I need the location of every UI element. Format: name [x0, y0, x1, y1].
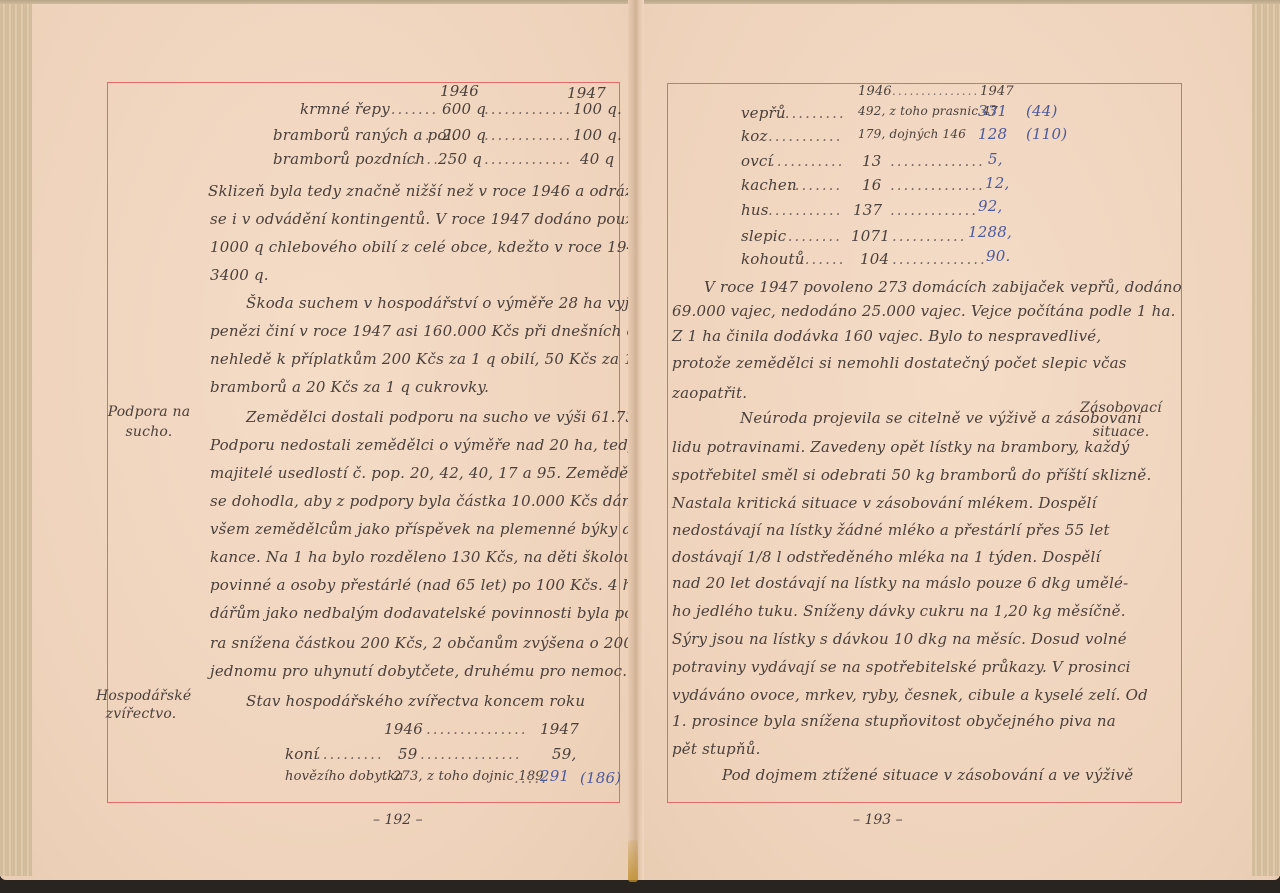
table-row-1947: 128 [978, 125, 1007, 143]
table-bottom-row-1947: 59, [552, 745, 576, 763]
table-bottom-year-1947: 1947 [540, 720, 579, 738]
left-page: 1946 1947 krmné řepy ........ 600 q ....… [0, 4, 636, 880]
paragraph-line: Pod dojmem ztížené situace v zásobování … [722, 766, 1133, 784]
paragraph-line: Nastala kritická situace v zásobování ml… [672, 494, 1097, 512]
paragraph-line: zaopatřit. [672, 384, 747, 402]
leader-dots: .............. [890, 152, 985, 170]
paragraph-line: nad 20 let dostávají na lístky na máslo … [672, 574, 1128, 592]
book-spine-gutter [628, 0, 644, 880]
table-row-1947: 331 [978, 102, 1007, 120]
paragraph-line: potraviny vydávají se na spotřebitelské … [672, 658, 1131, 676]
leader-dots: ........ [384, 100, 438, 118]
table-row-1946: 13 [862, 152, 882, 170]
paragraph-line: Škoda suchem v hospodářství o výměře 28 … [246, 294, 684, 312]
table-year-1946: 1946 [858, 84, 892, 99]
right-page: 1946 ............... 1947 vepřů ........… [638, 4, 1280, 880]
table-row-1946: 137 [853, 201, 882, 219]
margin-note-line: Hospodářské [96, 688, 186, 704]
table-row-1947: 12, [985, 174, 1009, 192]
margin-note-drought-support: Podpora na sucho. [104, 404, 194, 440]
gutter-stain [628, 840, 638, 882]
leader-dots: ......... [781, 227, 842, 245]
paragraph-line: Sklizeň byla tedy značně nižší než v roc… [208, 182, 638, 200]
table-row-1947: 5, [988, 150, 1003, 168]
margin-note-line: Zásobovací [1076, 400, 1166, 416]
table-row-1946: 1071 [851, 227, 890, 245]
table-bottom-row-1946: 59 [398, 745, 418, 763]
right-page-edges [1252, 4, 1280, 876]
table-row-1946: 104 [860, 250, 889, 268]
paragraph-line: 1. prosince byla snížena stupňovitost ob… [672, 712, 1116, 730]
paragraph-line: vydáváno ovoce, mrkev, ryby, česnek, cib… [672, 686, 1148, 704]
leader-dots: .......... [778, 104, 846, 122]
table-year-1947: 1947 [980, 84, 1014, 99]
table-row-label: ovcí [741, 152, 773, 170]
leader-dots: ........... [892, 227, 966, 245]
paragraph-line: dářům jako nedbalým dodavatelské povinno… [210, 604, 668, 622]
table-row-1947: 1288, [968, 223, 1012, 241]
margin-note-livestock: Hospodářské zvířectvo. [96, 688, 186, 722]
table-bottom-row-note: (186) [580, 769, 621, 787]
table-row-1946: 16 [862, 176, 882, 194]
paragraph-line: se dohodla, aby z podpory byla částka 10… [210, 492, 641, 510]
paragraph-line: lidu potravinami. Zavedeny opět lístky n… [672, 438, 1129, 456]
table-top-row-label: krmné řepy [300, 100, 390, 118]
paragraph-line: pět stupňů. [672, 740, 761, 758]
table-top-row-label: bramborů pozdních [273, 150, 425, 168]
table-row-label: kohoutů [741, 250, 805, 268]
leader-dots: .............. [890, 176, 985, 194]
leader-dots: .............. [892, 250, 987, 268]
paragraph-line: ra snížena částkou 200 Kčs, 2 občanům zv… [210, 634, 671, 652]
paragraph-line: Stav hospodářského zvířectva koncem roku [246, 692, 585, 710]
table-row-1946: 492, z toho prasnic 47 [858, 104, 998, 118]
paragraph-line: protože zemědělci si nemohli dostatečný … [672, 354, 1127, 372]
leader-dots: ............... [420, 745, 522, 763]
leader-dots: ........... [768, 201, 842, 219]
table-top-row-1946: 250 q [438, 150, 482, 168]
leader-dots: ............... [892, 84, 979, 98]
leader-dots: ............. [890, 201, 978, 219]
leader-dots: ....... [798, 250, 845, 268]
table-bottom-row-1947: 291 [540, 767, 569, 785]
table-row-1947: 92, [978, 197, 1002, 215]
leader-dots: ........ [788, 176, 842, 194]
paragraph-line: bramborů a 20 Kčs za 1 q cukrovky. [210, 378, 489, 396]
table-row-label: slepic [741, 227, 786, 245]
table-row-1946: 179, dojných 146 [858, 127, 966, 141]
table-top-row-1946: 600 q [442, 100, 486, 118]
paragraph-line: Sýry jsou na lístky s dávkou 10 dkg na m… [672, 630, 1127, 648]
paragraph-line: 3400 q. [210, 266, 269, 284]
leader-dots: ............... [426, 720, 528, 738]
table-bottom-row-label: koní [285, 745, 318, 763]
leader-dots: ..... [406, 150, 440, 168]
page-number-193: – 193 – [853, 812, 903, 828]
table-top-year-1946: 1946 [440, 82, 479, 100]
margin-note-line: Podpora na [104, 404, 194, 420]
table-top-row-1947: 40 q [580, 150, 614, 168]
paragraph-line: Z 1 ha činila dodávka 160 vajec. Bylo to… [672, 327, 1101, 345]
leader-dots: .......... [316, 745, 384, 763]
table-bottom-row-label: hovězího dobytka [285, 769, 403, 784]
table-row-label: koz [741, 127, 768, 145]
open-ledger-book: 1946 1947 krmné řepy ........ 600 q ....… [0, 0, 1280, 880]
paragraph-line: penězi činí v roce 1947 asi 160.000 Kčs … [210, 322, 682, 340]
table-top-row-1946: 200 q [442, 126, 486, 144]
table-top-row-1947: 100 q. [573, 126, 622, 144]
margin-note-line: zvířectvo. [96, 706, 186, 722]
paragraph-line: všem zemědělcům jako příspěvek na plemen… [210, 520, 632, 538]
paragraph-line: Podporu nedostali zemědělci o výměře nad… [210, 436, 637, 454]
paragraph-line: V roce 1947 povoleno 273 domácích zabija… [704, 278, 1182, 296]
table-row-1947: 90. [986, 247, 1010, 265]
paragraph-line: nehledě k příplatkům 200 Kčs za 1 q obil… [210, 350, 649, 368]
margin-note-supply-situation: Zásobovací situace. [1076, 400, 1166, 440]
leader-dots: ........... [768, 127, 842, 145]
leader-dots: ............. [484, 100, 572, 118]
paragraph-line: 1000 q chlebového obilí z celé obce, kde… [210, 238, 676, 256]
leader-dots: ............. [484, 150, 572, 168]
paragraph-line: spotřebitel směl si odebrati 50 kg bramb… [672, 466, 1151, 484]
margin-note-line: sucho. [104, 424, 194, 440]
paragraph-line: kance. Na 1 ha bylo rozděleno 130 Kčs, n… [210, 548, 633, 566]
table-row-note: (110) [1026, 125, 1067, 143]
table-row-note: (44) [1026, 102, 1058, 120]
table-bottom-year-1946: 1946 [384, 720, 423, 738]
leader-dots: ............. [484, 126, 572, 144]
paragraph-line: se i v odvádění kontingentů. V roce 1947… [210, 210, 643, 228]
paragraph-line: povinné a osoby přestárlé (nad 65 let) p… [210, 576, 674, 594]
paragraph-line: Zemědělci dostali podporu na sucho ve vý… [246, 408, 683, 426]
margin-note-line: situace. [1076, 424, 1166, 440]
table-top-row-1947: 100 q. [573, 100, 622, 118]
page-number-192: – 192 – [373, 812, 423, 828]
paragraph-line: jednomu pro uhynutí dobytčete, druhému p… [210, 662, 627, 680]
paragraph-line: dostávají 1/8 l odstředěného mléka na 1 … [672, 548, 1100, 566]
paragraph-line: ho jedlého tuku. Sníženy dávky cukru na … [672, 602, 1126, 620]
left-page-edges [0, 4, 32, 876]
paragraph-line: nedostávají na lístky žádné mléko a přes… [672, 521, 1110, 539]
paragraph-line: 69.000 vajec, nedodáno 25.000 vajec. Vej… [672, 302, 1176, 320]
leader-dots: ........... [770, 152, 844, 170]
table-row-label: hus [741, 201, 769, 219]
